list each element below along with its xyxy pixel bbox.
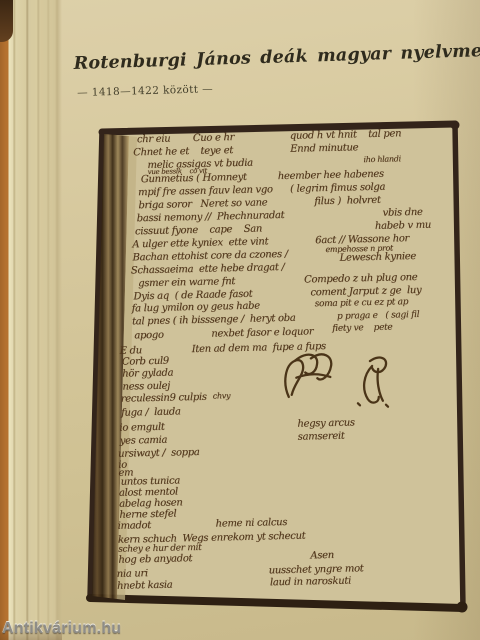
- book-spine-edge: [0, 0, 62, 640]
- manuscript-line: hnebt kasia: [117, 580, 173, 592]
- manuscript-line: ursiwayt / soppa: [118, 447, 200, 460]
- manuscript-line: imadot: [118, 520, 152, 532]
- manuscript-line: nia uri: [117, 568, 148, 580]
- manuscript-line: Gunmetius ( Homneyt: [141, 172, 247, 185]
- manuscript-line: quod h vt hnit tal pen: [290, 128, 402, 142]
- manuscript-line: yes camia: [120, 435, 168, 447]
- page-title: Rotenburgi János deák magyar nyelvmester…: [73, 39, 480, 73]
- manuscript-facsimile: chr eiuCuo e hrquod h vt hnit tal penChn…: [85, 105, 470, 620]
- manuscript-line: io emgult: [119, 422, 164, 434]
- manuscript-line: vbis dne: [382, 207, 422, 219]
- manuscript-line: bassi nemony // Phechnuradat: [137, 210, 285, 224]
- manuscript-line: hör gylada: [122, 368, 173, 380]
- manuscript-line: habeb v mu: [375, 220, 431, 232]
- manuscript-line: Asen: [310, 550, 334, 562]
- manuscript-line: herne stefel: [119, 508, 176, 520]
- manuscript-line: filus ) holvret: [314, 195, 381, 208]
- manuscript-line: cissuut fyone cape San: [135, 223, 262, 237]
- manuscript-line: briga soror Neret so vane: [138, 197, 267, 211]
- manuscript-line: apogo: [134, 330, 164, 342]
- manuscript-line: chr eiu: [137, 134, 171, 146]
- manuscript-line: fa lug ymilon oy geus habe: [132, 301, 260, 315]
- manuscript-line: p praga e ( sagi fil: [337, 310, 420, 322]
- manuscript-line: samsereit: [298, 431, 345, 443]
- manuscript-line: mpif fre assen fauv lean vgo: [138, 184, 273, 198]
- manuscript-line: fuga / lauda: [121, 406, 181, 418]
- manuscript-line: iho hlandi: [363, 154, 401, 164]
- manuscript-line: Chnet he et teye et: [133, 145, 233, 158]
- pen-trial-monogram-left: [280, 352, 339, 403]
- manuscript-line: Bachan ettohist core da czones /: [132, 249, 287, 264]
- manuscript-line: ness oulej: [122, 381, 170, 393]
- manuscript-line: ( legrim fimus solga: [290, 182, 385, 195]
- manuscript-line: Cuo e hr: [193, 132, 234, 144]
- book-photo: Rotenburgi János deák magyar nyelvmester…: [0, 0, 480, 640]
- manuscript-line: tal pnes ( ih bisssenge / heryt oba: [132, 313, 296, 328]
- manuscript-line: Corb cul9: [122, 356, 169, 368]
- manuscript-line: soma pit e cu ez pt ap: [315, 297, 409, 309]
- manuscript-lines: chr eiuCuo e hrquod h vt hnit tal penChn…: [84, 97, 480, 621]
- manuscript-line: hegsy arcus: [297, 417, 355, 429]
- manuscript-line: chvy: [213, 391, 231, 400]
- manuscript-line: reculessin9 culpis: [121, 392, 207, 405]
- manuscript-line: Schassaeima ette hebe dragat /: [131, 262, 285, 276]
- pen-trial-monogram-right: [350, 355, 391, 411]
- manuscript-line: nexbet fasor e loquor: [211, 326, 313, 339]
- manuscript-line: uusschet yngre mot: [269, 563, 364, 576]
- manuscript-line: A ulger ette kyniex ette vint: [132, 236, 268, 250]
- manuscript-line: Ennd minutue: [290, 142, 358, 155]
- page-subtitle: — 1418—1422 között —: [77, 83, 213, 99]
- manuscript-line: Compedo z uh plug one: [304, 272, 418, 286]
- manuscript-line: hog eb anyadot: [118, 553, 192, 566]
- watermark: Antikvárium.hu: [2, 620, 121, 638]
- manuscript-line: Lewesch kyniee: [340, 251, 417, 264]
- manuscript-line: E du: [120, 345, 142, 356]
- manuscript-line: heme ni calcus: [216, 517, 288, 530]
- manuscript-line: fiety ve pete: [332, 323, 392, 334]
- book-cover-corner: [0, 0, 13, 42]
- manuscript-line: gsmer ein warne fnt: [138, 276, 235, 289]
- manuscript-line: heember hee habenes: [278, 169, 384, 182]
- manuscript-line: laud in naroskuti: [270, 576, 351, 589]
